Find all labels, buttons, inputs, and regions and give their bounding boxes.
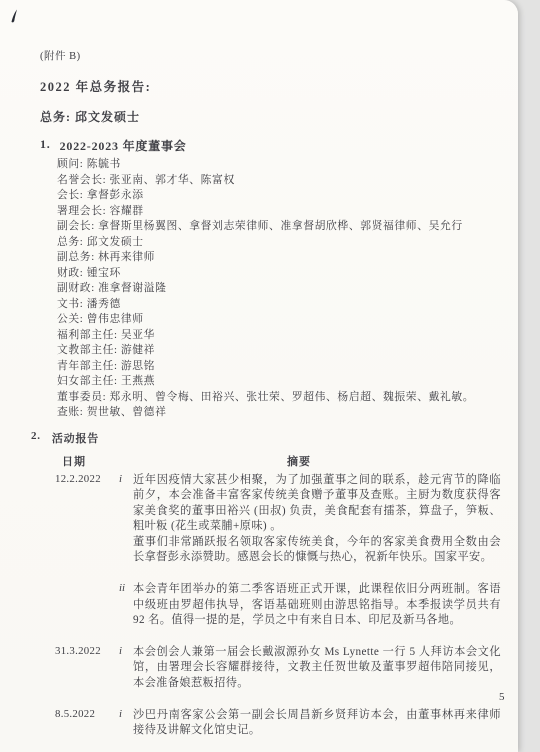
item-paragraphs: 沙巴丹南客家公会第一副会长周昌新乡贤拜访本会，由董事林再来律师接待及讲解文化馆史… xyxy=(133,708,501,739)
item-paragraphs: 本会创会人兼第一届会长戴淑源孙女 Ms Lynette 一行 5 人拜访本会文化… xyxy=(133,645,501,692)
board-officer-line: 文教部主任: 游健祥 xyxy=(57,343,518,359)
item-paragraphs: 近年因疫情大家甚少相聚，为了加强董事之间的联系，趁元宵节的降临前夕，本会准备丰富… xyxy=(133,473,501,567)
document-page: (附件 B) 2022 年总务报告: 总务: 邱文发硕士 1. 2022-202… xyxy=(0,0,518,752)
activity-items: i近年因疫情大家甚少相聚，为了加强董事之间的联系，趁元宵节的降临前夕，本会准备丰… xyxy=(115,473,518,629)
board-officer-line: 总务: 邱文发硕士 xyxy=(57,235,518,251)
board-officer-list: 顾问: 陈毓书名誉会长: 张亚南、郭才华、陈富权会长: 拿督彭永添署理会长: 容… xyxy=(57,157,518,421)
item-paragraphs: 本会青年团举办的第二季客语班正式开课，此课程依旧分两班制。客语中级班由罗超伟执导… xyxy=(133,582,501,629)
board-officer-line: 公关: 曾伟忠律师 xyxy=(57,312,518,328)
paragraph: 本会青年团举办的第二季客语班正式开课，此课程依旧分两班制。客语中级班由罗超伟执导… xyxy=(133,582,501,629)
board-officer-line: 副财政: 准拿督谢溢隆 xyxy=(57,281,518,297)
board-section-heading: 1. 2022-2023 年度董事会 xyxy=(40,137,518,154)
activity-date: 8.5.2022 xyxy=(55,708,115,739)
date-column-header: 日期 xyxy=(62,453,86,469)
board-officer-line: 妇女部主任: 王燕燕 xyxy=(57,374,518,390)
paragraph: 沙巴丹南客家公会第一副会长周昌新乡贤拜访本会，由董事林再来律师接待及讲解文化馆史… xyxy=(133,708,501,739)
paragraph: 本会创会人兼第一届会长戴淑源孙女 Ms Lynette 一行 5 人拜访本会文化… xyxy=(133,645,501,692)
activity-section-title: 活动报告 xyxy=(52,430,99,446)
board-officer-line: 副总务: 林再来律师 xyxy=(57,250,518,266)
secretary-line: 总务: 邱文发硕士 xyxy=(40,108,518,125)
document-title: 2022 年总务报告: xyxy=(40,77,518,95)
page-number: 5 xyxy=(499,691,505,703)
board-officer-line: 文书: 潘秀德 xyxy=(57,297,518,313)
summary-column-header: 摘要 xyxy=(287,453,311,469)
handwritten-pen-mark-icon xyxy=(7,8,23,26)
board-officer-line: 福利部主任: 吴亚华 xyxy=(57,328,518,344)
board-officer-line: 顾问: 陈毓书 xyxy=(57,157,518,173)
board-officer-line: 财政: 锺宝环 xyxy=(57,266,518,282)
paragraph: 近年因疫情大家甚少相聚，为了加强董事之间的联系，趁元宵节的降临前夕，本会准备丰富… xyxy=(133,473,501,535)
activity-item: i沙巴丹南客家公会第一副会长周昌新乡贤拜访本会，由董事林再来律师接待及讲解文化馆… xyxy=(115,708,518,739)
item-marker: i xyxy=(119,473,133,567)
item-marker: i xyxy=(119,645,133,692)
activity-item: i本会创会人兼第一届会长戴淑源孙女 Ms Lynette 一行 5 人拜访本会文… xyxy=(115,645,518,692)
activity-row: 8.5.2022i沙巴丹南客家公会第一副会长周昌新乡贤拜访本会，由董事林再来律师… xyxy=(0,708,518,739)
activity-section-heading: 2. 活动报告 xyxy=(31,430,518,446)
board-officer-line: 名誉会长: 张亚南、郭才华、陈富权 xyxy=(57,173,518,189)
activity-date: 12.2.2022 xyxy=(55,473,115,629)
board-section-number: 1. xyxy=(40,137,51,154)
attachment-label: (附件 B) xyxy=(40,48,518,63)
activity-item: ii本会青年团举办的第二季客语班正式开课，此课程依旧分两班制。客语中级班由罗超伟… xyxy=(115,582,518,629)
activity-section-number: 2. xyxy=(31,430,41,446)
activity-items: i本会创会人兼第一届会长戴淑源孙女 Ms Lynette 一行 5 人拜访本会文… xyxy=(115,645,518,692)
activity-rows: 12.2.2022i近年因疫情大家甚少相聚，为了加强董事之间的联系，趁元宵节的降… xyxy=(0,473,518,739)
board-officer-line: 署理会长: 容耀群 xyxy=(57,204,518,220)
paragraph: 董事们非常踊跃报名领取客家传统美食，今年的客家美食费用全数由会长拿督彭永添赞助。… xyxy=(133,535,501,566)
board-officer-line: 青年部主任: 游思铭 xyxy=(57,359,518,375)
board-officer-line: 董事委员: 郑永明、曾令梅、田裕兴、张壮荣、罗超伟、杨启超、魏振荣、戴礼敏。 xyxy=(57,390,518,406)
activity-table-header: 日期 摘要 xyxy=(0,453,518,469)
board-officer-line: 会长: 拿督彭永添 xyxy=(57,188,518,204)
board-officer-line: 查账: 贺世敏、曾德祥 xyxy=(57,405,518,421)
activity-items: i沙巴丹南客家公会第一副会长周昌新乡贤拜访本会，由董事林再来律师接待及讲解文化馆… xyxy=(115,708,518,739)
item-marker: ii xyxy=(119,582,133,629)
board-officer-line: 副会长: 拿督斯里杨翼图、拿督刘志荣律师、准拿督胡欣桦、郭贤福律师、吴允行 xyxy=(57,219,518,235)
activity-date: 31.3.2022 xyxy=(55,645,115,692)
activity-row: 12.2.2022i近年因疫情大家甚少相聚，为了加强董事之间的联系，趁元宵节的降… xyxy=(0,473,518,629)
scanned-page-stage: (附件 B) 2022 年总务报告: 总务: 邱文发硕士 1. 2022-202… xyxy=(0,0,540,752)
board-section-title: 2022-2023 年度董事会 xyxy=(60,137,187,154)
activity-row: 31.3.2022i本会创会人兼第一届会长戴淑源孙女 Ms Lynette 一行… xyxy=(0,645,518,692)
item-marker: i xyxy=(119,708,133,739)
activity-item: i近年因疫情大家甚少相聚，为了加强董事之间的联系，趁元宵节的降临前夕，本会准备丰… xyxy=(115,473,518,567)
